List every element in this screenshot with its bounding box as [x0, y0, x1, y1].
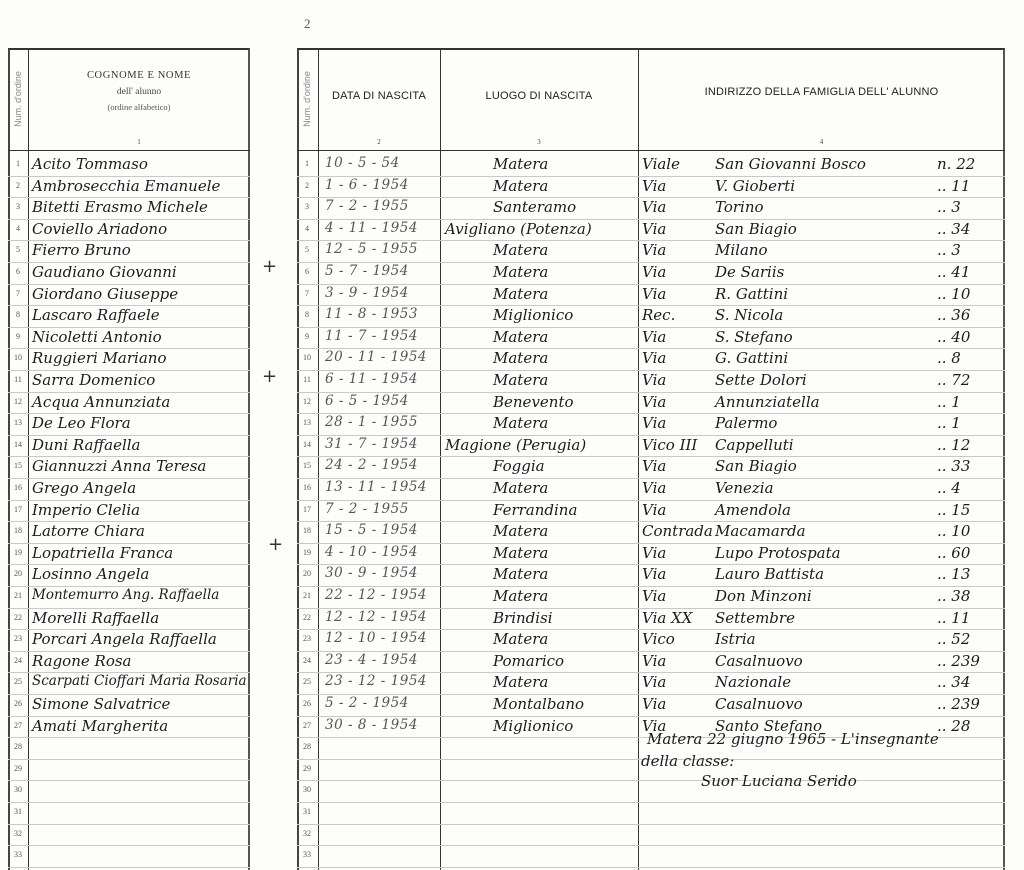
student-name: Coviello Ariadono [32, 220, 167, 238]
house-number: .. 13 [937, 565, 970, 583]
order-number: 3 [297, 202, 317, 211]
student-name: Nicoletti Antonio [32, 328, 162, 346]
street-type: Via [642, 501, 666, 519]
order-number: 6 [8, 267, 28, 276]
table-row: 5Fierro Bruno [8, 240, 250, 263]
street-name: Macamarda [715, 522, 806, 540]
house-number: .. 1 [937, 393, 961, 411]
table-row: 23Porcari Angela Raffaella [8, 629, 250, 652]
order-number: 32 [297, 829, 317, 838]
street-type: Rec. [642, 306, 675, 324]
house-number: n. 22 [937, 155, 975, 173]
house-number: .. 72 [937, 371, 970, 389]
birth-place: Avigliano (Potenza) [445, 220, 592, 238]
house-number: .. 40 [937, 328, 970, 346]
table-row: 811 - 8 - 1953MiglionicoRec.S. Nicola.. … [297, 305, 1005, 328]
order-number: 33 [297, 850, 317, 859]
birth-place: Matera [493, 328, 548, 346]
house-number: .. 34 [937, 673, 970, 691]
street-name: R. Gattini [715, 285, 788, 303]
order-number: 15 [8, 461, 28, 470]
student-name: Lopatriella Franca [32, 544, 173, 562]
table-row: 9Nicoletti Antonio [8, 327, 250, 350]
table-row: 177 - 2 - 1955FerrandinaViaAmendola.. 15 [297, 500, 1005, 523]
table-row: 37 - 2 - 1955SanteramoViaTorino.. 3 [297, 197, 1005, 220]
street-name: Torino [715, 198, 764, 216]
student-name: Duni Raffaella [32, 436, 140, 454]
table-row: 126 - 5 - 1954BeneventoViaAnnunziatella.… [297, 392, 1005, 415]
table-row: 10Ruggieri Mariano [8, 348, 250, 371]
table-row: 33 [8, 845, 250, 868]
table-row: 4Coviello Ariadono [8, 219, 250, 242]
order-number: 30 [297, 785, 317, 794]
order-number: 27 [297, 721, 317, 730]
house-number: .. 38 [937, 587, 970, 605]
street-type: Contrada [642, 522, 713, 540]
house-number: .. 11 [937, 609, 970, 627]
order-number: 22 [8, 613, 28, 622]
table-row: 1815 - 5 - 1954MateraContradaMacamarda..… [297, 521, 1005, 544]
order-number: 15 [297, 461, 317, 470]
student-name: Simone Salvatrice [32, 695, 170, 713]
street-name: De Sariis [715, 263, 784, 281]
table-row: 1020 - 11 - 1954MateraViaG. Gattini.. 8 [297, 348, 1005, 371]
student-name: Latorre Chiara [32, 522, 145, 540]
house-number: .. 1 [937, 414, 961, 432]
house-number: .. 36 [937, 306, 970, 324]
order-number: 16 [297, 483, 317, 492]
order-number: 7 [8, 289, 28, 298]
street-name: V. Gioberti [715, 177, 795, 195]
student-details-register: Num. d'ordine DATA DI NASCITA 2 LUOGO DI… [297, 48, 1005, 870]
birth-date: 3 - 9 - 1954 [325, 285, 409, 301]
birth-place: Brindisi [493, 609, 553, 627]
student-name: Imperio Clelia [32, 501, 140, 519]
student-name: Bitetti Erasmo Michele [32, 198, 208, 216]
table-row: 1431 - 7 - 1954Magione (Perugia)Vico III… [297, 435, 1005, 458]
table-row: 2Ambrosecchia Emanuele [8, 176, 250, 199]
order-number: 18 [297, 526, 317, 535]
birth-date: 5 - 2 - 1954 [325, 695, 409, 711]
house-number: .. 239 [937, 695, 980, 713]
margin-cross-mark: + [262, 366, 277, 387]
street-type: Via [642, 479, 666, 497]
birth-place: Magione (Perugia) [445, 436, 586, 454]
student-name: Sarra Domenico [32, 371, 155, 389]
street-name: Palermo [715, 414, 777, 432]
birth-date: 28 - 1 - 1955 [325, 414, 418, 430]
order-number: 29 [297, 764, 317, 773]
student-name: Acqua Annunziata [32, 393, 170, 411]
street-name: Nazionale [715, 673, 791, 691]
table-row: 22Morelli Raffaella [8, 608, 250, 631]
table-row: 21Montemurro Ang. Raffaella [8, 586, 250, 609]
birth-place: Santeramo [493, 198, 576, 216]
closing-note-line1: Matera 22 giugno 1965 - L'insegnante [647, 730, 939, 748]
student-name: Giordano Giuseppe [32, 285, 178, 303]
order-number: 24 [8, 656, 28, 665]
birth-date: 30 - 9 - 1954 [325, 565, 418, 581]
street-type: Via [642, 393, 666, 411]
table-row: 12Acqua Annunziata [8, 392, 250, 415]
birth-date: 12 - 12 - 1954 [325, 609, 427, 625]
house-number: .. 34 [937, 220, 970, 238]
birth-place: Miglionico [493, 306, 573, 324]
table-row: 28 [8, 737, 250, 760]
table-row: 1613 - 11 - 1954MateraViaVenezia.. 4 [297, 478, 1005, 501]
table-row: 16Grego Angela [8, 478, 250, 501]
order-number: 4 [297, 224, 317, 233]
order-number: 8 [8, 310, 28, 319]
order-number: 9 [8, 332, 28, 341]
margin-cross-mark: + [268, 534, 283, 555]
house-number: .. 12 [937, 436, 970, 454]
order-number: 10 [8, 353, 28, 362]
street-type: Vico [642, 630, 675, 648]
order-number: 8 [297, 310, 317, 319]
column-number: 1 [28, 138, 250, 146]
table-row: 14Duni Raffaella [8, 435, 250, 458]
birth-place: Ferrandina [493, 501, 577, 519]
birth-date: 23 - 12 - 1954 [325, 673, 427, 689]
table-row: 26Simone Salvatrice [8, 694, 250, 717]
table-row: 44 - 11 - 1954Avigliano (Potenza)ViaSan … [297, 219, 1005, 242]
student-name: Acito Tommaso [32, 155, 148, 173]
street-name: Settembre [715, 609, 795, 627]
table-row: 29 [8, 759, 250, 782]
street-type: Via [642, 198, 666, 216]
birth-place: Matera [493, 285, 548, 303]
family-address-column-header: INDIRIZZO DELLA FAMIGLIA DELL' ALUNNO 4 [638, 48, 1005, 150]
birth-date: 10 - 5 - 54 [325, 155, 400, 171]
street-type: Via [642, 241, 666, 259]
right-table-header: Num. d'ordine DATA DI NASCITA 2 LUOGO DI… [297, 48, 1005, 151]
street-type: Viale [642, 155, 680, 173]
street-type: Via [642, 673, 666, 691]
order-number: 12 [8, 397, 28, 406]
table-row: 7Giordano Giuseppe [8, 284, 250, 307]
birth-place: Montalbano [493, 695, 584, 713]
order-number: 23 [297, 634, 317, 643]
table-row: 20Losinno Angela [8, 564, 250, 587]
birth-place: Matera [493, 177, 548, 195]
order-number: 19 [8, 548, 28, 557]
table-row: 6Gaudiano Giovanni [8, 262, 250, 285]
birth-date: 7 - 2 - 1955 [325, 501, 409, 517]
birth-place: Matera [493, 241, 548, 259]
table-row: 194 - 10 - 1954MateraViaLupo Protospata.… [297, 543, 1005, 566]
table-row: 21 - 6 - 1954MateraViaV. Gioberti.. 11 [297, 176, 1005, 199]
order-number: 13 [297, 418, 317, 427]
table-row: 265 - 2 - 1954MontalbanoViaCasalnuovo.. … [297, 694, 1005, 717]
birth-place: Matera [493, 673, 548, 691]
birth-date: 5 - 7 - 1954 [325, 263, 409, 279]
order-number: 20 [8, 569, 28, 578]
table-row: 31 [297, 802, 1005, 825]
student-name: Ambrosecchia Emanuele [32, 177, 220, 195]
street-type: Via [642, 695, 666, 713]
birth-place: Matera [493, 522, 548, 540]
birth-date: 4 - 11 - 1954 [325, 220, 418, 236]
order-number: 3 [8, 202, 28, 211]
order-number: 13 [8, 418, 28, 427]
table-row: 116 - 11 - 1954MateraViaSette Dolori.. 7… [297, 370, 1005, 393]
order-number: 1 [8, 159, 28, 168]
order-number: 33 [8, 850, 28, 859]
student-name: Morelli Raffaella [32, 609, 159, 627]
order-number: 21 [297, 591, 317, 600]
order-number: 5 [297, 245, 317, 254]
order-number: 22 [297, 613, 317, 622]
street-type: Via [642, 263, 666, 281]
order-number: 14 [297, 440, 317, 449]
order-number: 12 [297, 397, 317, 406]
teacher-signature: Suor Luciana Serido [701, 772, 857, 790]
house-number: .. 15 [937, 501, 970, 519]
street-name: Cappelluti [715, 436, 794, 454]
street-type: Via [642, 285, 666, 303]
birth-place: Matera [493, 565, 548, 583]
table-row: 1524 - 2 - 1954FoggiaViaSan Biagio.. 33 [297, 456, 1005, 479]
table-row: 2423 - 4 - 1954PomaricoViaCasalnuovo.. 2… [297, 651, 1005, 674]
table-row: 27Amati Margherita [8, 716, 250, 739]
birth-place: Pomarico [493, 652, 564, 670]
birth-place: Matera [493, 587, 548, 605]
name-column-subtitle: dell' alunno [117, 87, 161, 97]
table-row: 1328 - 1 - 1955MateraViaPalermo.. 1 [297, 413, 1005, 436]
table-row: 512 - 5 - 1955MateraViaMilano.. 3 [297, 240, 1005, 263]
table-row: 25Scarpati Cioffari Maria Rosaria [8, 672, 250, 695]
birth-date: 31 - 7 - 1954 [325, 436, 418, 452]
street-name: Amendola [715, 501, 791, 519]
student-name-register: Num. d'ordine COGNOME E NOME dell' alunn… [8, 48, 250, 870]
birth-date-column-header: DATA DI NASCITA 2 [318, 48, 440, 150]
street-type: Vico III [642, 436, 697, 454]
order-number: 11 [297, 375, 317, 384]
order-number: 14 [8, 440, 28, 449]
left-table-header: Num. d'ordine COGNOME E NOME dell' alunn… [8, 48, 250, 151]
order-number: 31 [297, 807, 317, 816]
birth-date: 6 - 11 - 1954 [325, 371, 418, 387]
table-row: 110 - 5 - 54MateraVialeSan Giovanni Bosc… [297, 154, 1005, 177]
order-number: 32 [8, 829, 28, 838]
birth-date: 1 - 6 - 1954 [325, 177, 409, 193]
birth-place-column-header: LUOGO DI NASCITA 3 [440, 48, 638, 150]
order-number: 19 [297, 548, 317, 557]
birth-place: Foggia [493, 457, 545, 475]
birth-date: 24 - 2 - 1954 [325, 457, 418, 473]
table-row: 2122 - 12 - 1954MateraViaDon Minzoni.. 3… [297, 586, 1005, 609]
student-name: Montemurro Ang. Raffaella [32, 587, 219, 603]
student-name: Giannuzzi Anna Teresa [32, 457, 206, 475]
table-row: 30 [8, 780, 250, 803]
table-row: 31 [8, 802, 250, 825]
order-number: 10 [297, 353, 317, 362]
birth-date: 12 - 10 - 1954 [325, 630, 427, 646]
table-row: 32 [8, 824, 250, 847]
birth-date: 11 - 7 - 1954 [325, 328, 418, 344]
house-number: .. 52 [937, 630, 970, 648]
house-number: .. 41 [937, 263, 970, 281]
birth-place: Matera [493, 630, 548, 648]
street-type: Via [642, 371, 666, 389]
table-row: 18Latorre Chiara [8, 521, 250, 544]
table-row: 15Giannuzzi Anna Teresa [8, 456, 250, 479]
student-name: Scarpati Cioffari Maria Rosaria [32, 673, 247, 689]
birth-date: 20 - 11 - 1954 [325, 349, 427, 365]
table-row: 3Bitetti Erasmo Michele [8, 197, 250, 220]
house-number: .. 60 [937, 544, 970, 562]
order-number: 11 [8, 375, 28, 384]
name-column-header: COGNOME E NOME dell' alunno (ordine alfa… [28, 48, 250, 150]
street-type: Via [642, 349, 666, 367]
street-type: Via [642, 328, 666, 346]
order-number: 21 [8, 591, 28, 600]
order-number: 5 [8, 245, 28, 254]
order-number: 7 [297, 289, 317, 298]
student-name: Fierro Bruno [32, 241, 131, 259]
order-number: 28 [8, 742, 28, 751]
table-row: 73 - 9 - 1954MateraViaR. Gattini.. 10 [297, 284, 1005, 307]
page-number: 2 [304, 16, 311, 32]
table-row: 65 - 7 - 1954MateraViaDe Sariis.. 41 [297, 262, 1005, 285]
order-number: 23 [8, 634, 28, 643]
birth-place: Matera [493, 544, 548, 562]
street-name: Casalnuovo [715, 652, 803, 670]
order-number: 9 [297, 332, 317, 341]
table-row: 19Lopatriella Franca [8, 543, 250, 566]
name-column-title: COGNOME E NOME [87, 70, 191, 81]
street-name: San Biagio [715, 220, 797, 238]
table-row: 11Sarra Domenico [8, 370, 250, 393]
street-name: Don Minzoni [715, 587, 812, 605]
house-number: .. 3 [937, 198, 961, 216]
birth-place: Matera [493, 414, 548, 432]
table-row: 1Acito Tommaso [8, 154, 250, 177]
birth-date: 7 - 2 - 1955 [325, 198, 409, 214]
birth-place: Matera [493, 349, 548, 367]
order-number: 1 [297, 159, 317, 168]
table-row: 2312 - 10 - 1954MateraVicoIstria.. 52 [297, 629, 1005, 652]
table-row: 13De Leo Flora [8, 413, 250, 436]
table-row: 2523 - 12 - 1954MateraViaNazionale.. 34 [297, 672, 1005, 695]
house-number: .. 10 [937, 285, 970, 303]
order-number: 25 [297, 677, 317, 686]
order-number: 17 [297, 505, 317, 514]
order-number: 28 [297, 742, 317, 751]
closing-note-line2: della classe: [641, 752, 734, 770]
street-name: S. Nicola [715, 306, 783, 324]
student-name: Lascaro Raffaele [32, 306, 160, 324]
birth-date: 13 - 11 - 1954 [325, 479, 427, 495]
table-row: 2030 - 9 - 1954MateraViaLauro Battista..… [297, 564, 1005, 587]
street-name: San Biagio [715, 457, 797, 475]
table-row: 33 [297, 845, 1005, 868]
table-row: 24Ragone Rosa [8, 651, 250, 674]
street-name: San Giovanni Bosco [715, 155, 866, 173]
birth-place: Benevento [493, 393, 574, 411]
student-name: Porcari Angela Raffaella [32, 630, 217, 648]
birth-place: Miglionico [493, 717, 573, 735]
house-number: .. 239 [937, 652, 980, 670]
order-number-header: Num. d'ordine [297, 48, 317, 150]
student-name: Ragone Rosa [32, 652, 132, 670]
student-name: Amati Margherita [32, 717, 168, 735]
student-name: Losinno Angela [32, 565, 149, 583]
order-number: 17 [8, 505, 28, 514]
street-type: Via [642, 457, 666, 475]
street-type: Via [642, 565, 666, 583]
house-number: .. 33 [937, 457, 970, 475]
order-number: 27 [8, 721, 28, 730]
order-number: 4 [8, 224, 28, 233]
order-number: 31 [8, 807, 28, 816]
birth-date: 30 - 8 - 1954 [325, 717, 418, 733]
birth-place: Matera [493, 155, 548, 173]
house-number: .. 28 [937, 717, 970, 735]
street-type: Via [642, 544, 666, 562]
birth-place: Matera [493, 371, 548, 389]
street-name: Casalnuovo [715, 695, 803, 713]
order-number-header: Num. d'ordine [8, 48, 28, 150]
table-row: 17Imperio Clelia [8, 500, 250, 523]
table-row: 30 [297, 780, 1005, 803]
street-type: Via [642, 177, 666, 195]
house-number: .. 8 [937, 349, 961, 367]
street-name: Annunziatella [715, 393, 820, 411]
order-number: 2 [297, 181, 317, 190]
table-row: 8Lascaro Raffaele [8, 305, 250, 328]
order-number: 6 [297, 267, 317, 276]
birth-date: 22 - 12 - 1954 [325, 587, 427, 603]
street-type: Via [642, 587, 666, 605]
house-number: .. 3 [937, 241, 961, 259]
student-name: De Leo Flora [32, 414, 131, 432]
order-number: 25 [8, 677, 28, 686]
house-number: .. 11 [937, 177, 970, 195]
table-row: 32 [297, 824, 1005, 847]
birth-date: 12 - 5 - 1955 [325, 241, 418, 257]
street-type: Via XX [642, 609, 692, 627]
order-number: 18 [8, 526, 28, 535]
street-type: Via [642, 652, 666, 670]
street-name: G. Gattini [715, 349, 788, 367]
order-number: 26 [297, 699, 317, 708]
street-name: Sette Dolori [715, 371, 807, 389]
birth-date: 23 - 4 - 1954 [325, 652, 418, 668]
student-name: Grego Angela [32, 479, 136, 497]
table-row: 2212 - 12 - 1954BrindisiVia XXSettembre.… [297, 608, 1005, 631]
table-row: 911 - 7 - 1954MateraViaS. Stefano.. 40 [297, 327, 1005, 350]
street-name: Istria [715, 630, 756, 648]
birth-date: 11 - 8 - 1953 [325, 306, 418, 322]
student-name: Gaudiano Giovanni [32, 263, 177, 281]
house-number: .. 10 [937, 522, 970, 540]
birth-place: Matera [493, 263, 548, 281]
street-name: Venezia [715, 479, 774, 497]
order-number: 30 [8, 785, 28, 794]
order-number: 26 [8, 699, 28, 708]
name-column-note: (ordine alfabetico) [107, 102, 170, 112]
street-type: Via [642, 414, 666, 432]
order-number: 16 [8, 483, 28, 492]
street-name: Milano [715, 241, 768, 259]
birth-date: 6 - 5 - 1954 [325, 393, 409, 409]
birth-place: Matera [493, 479, 548, 497]
order-number: 29 [8, 764, 28, 773]
birth-date: 15 - 5 - 1954 [325, 522, 418, 538]
house-number: .. 4 [937, 479, 961, 497]
